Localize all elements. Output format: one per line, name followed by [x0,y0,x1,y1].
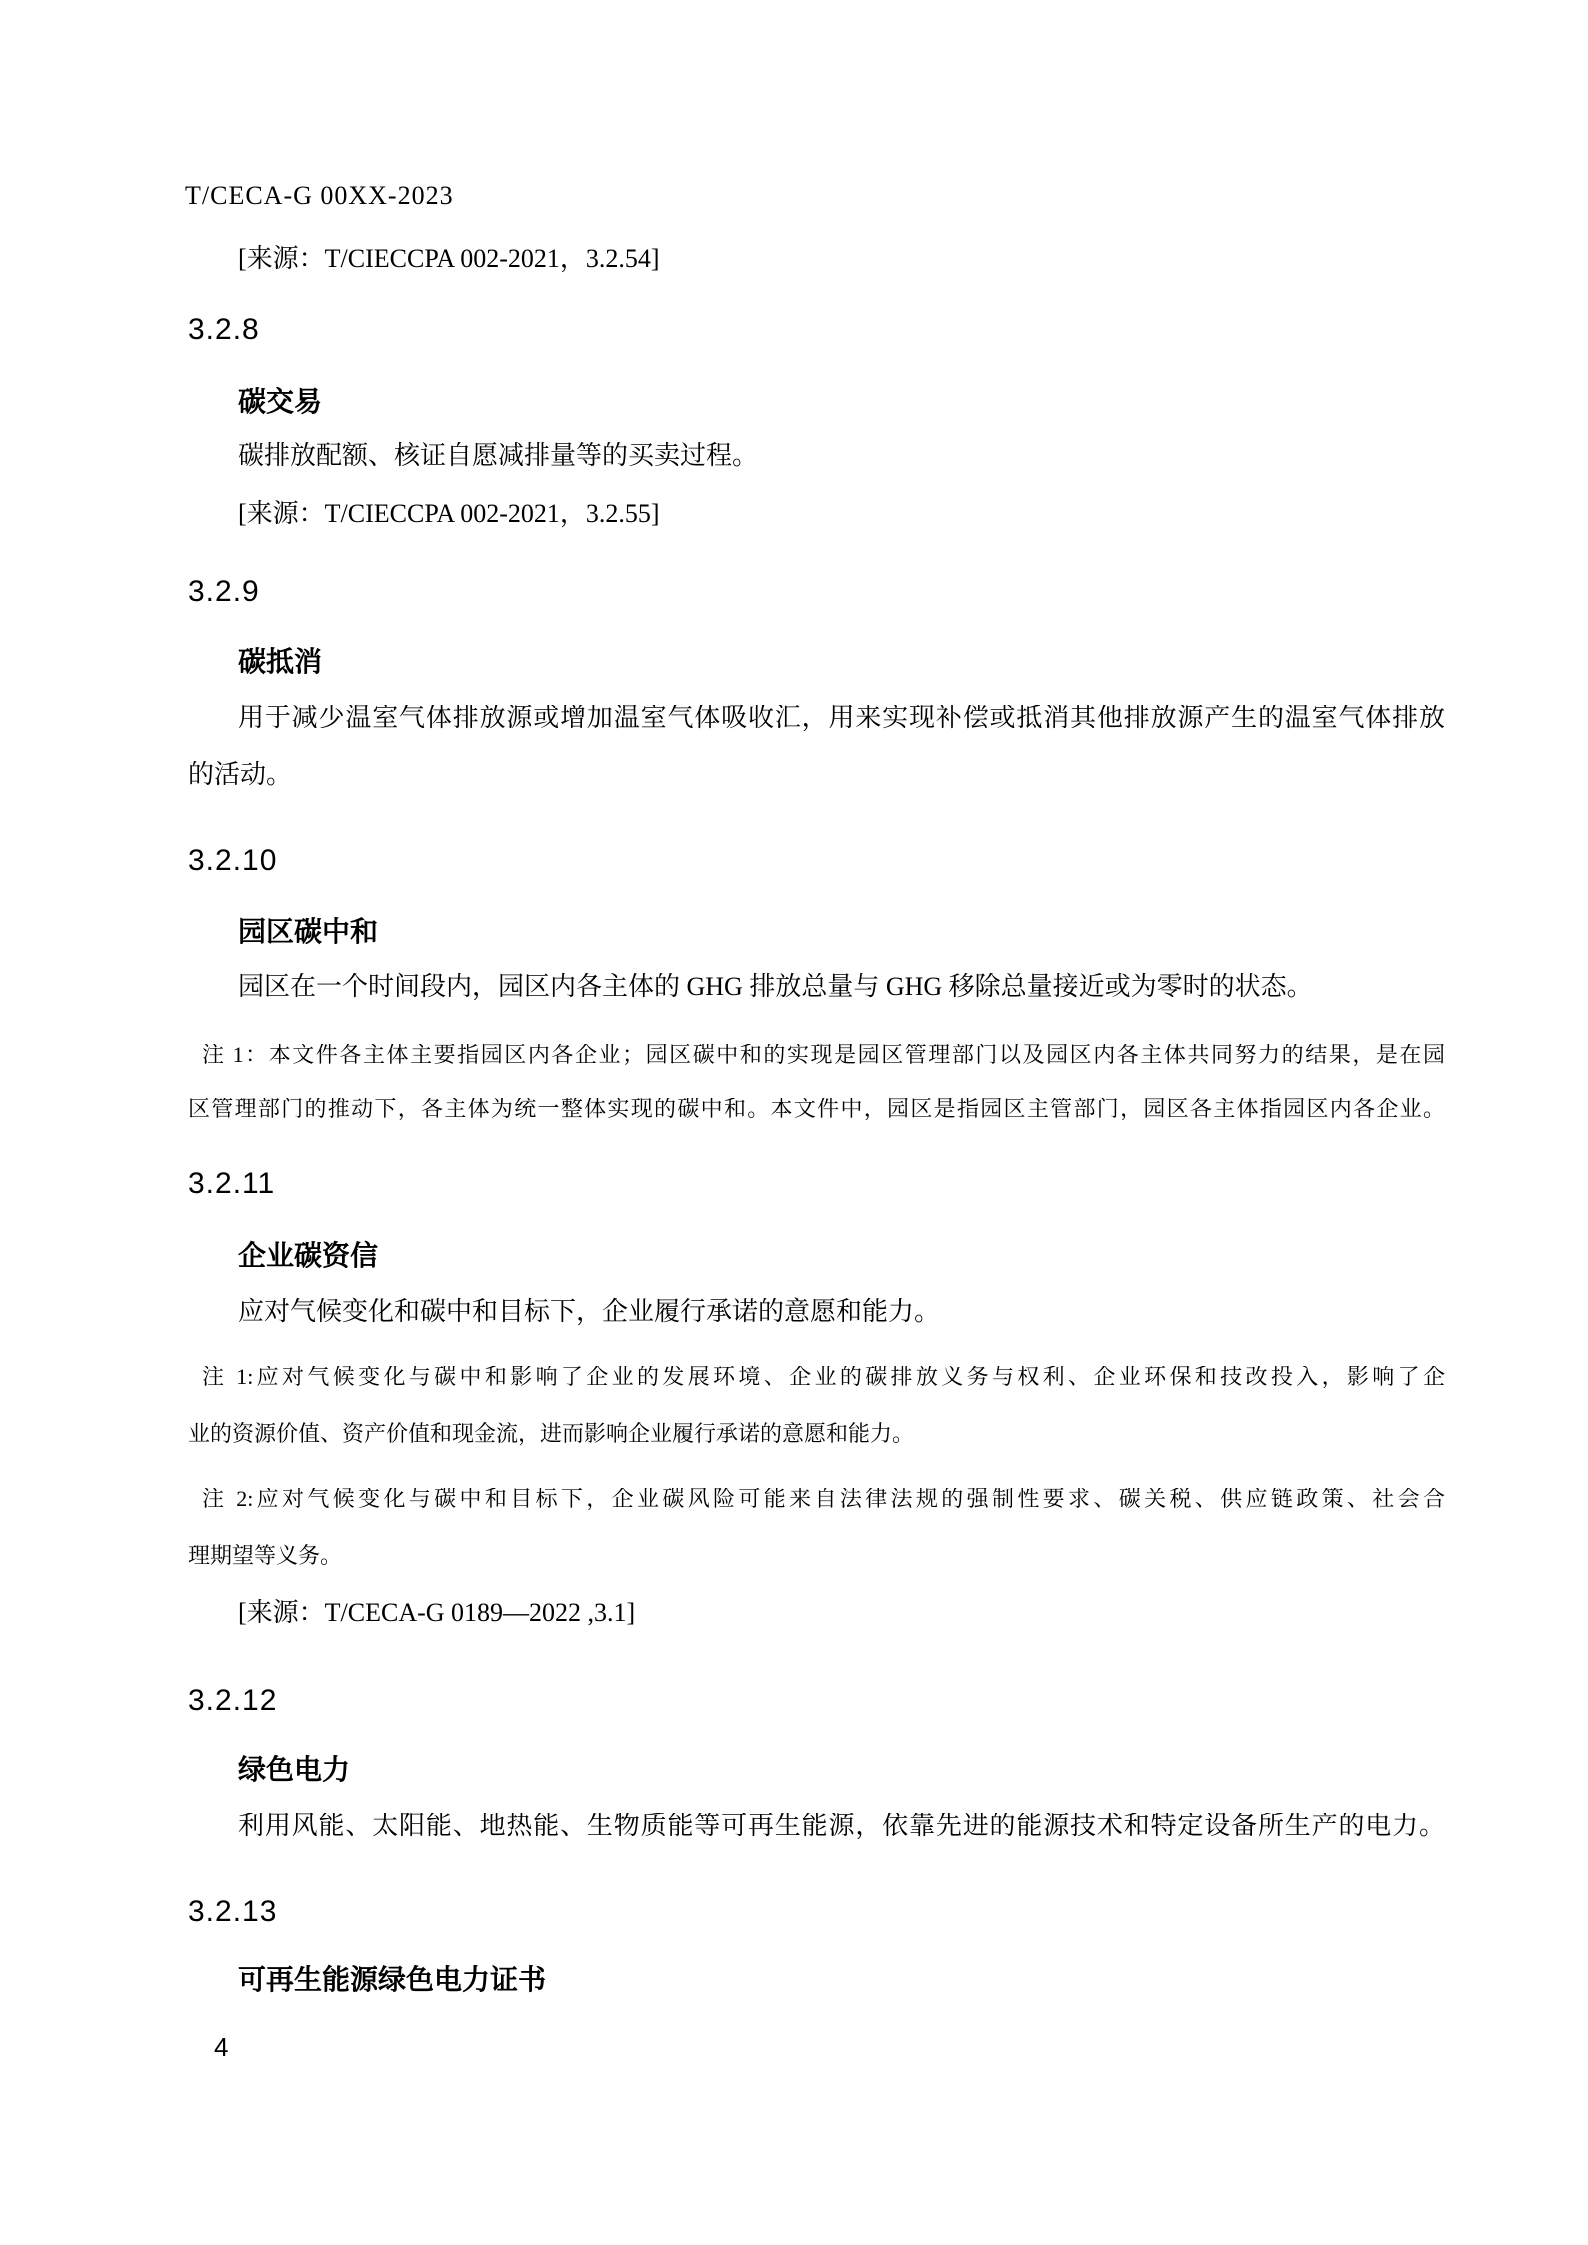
note-text: 理期望等义务。 [188,1545,342,1567]
section-number: 3.2.11 [188,1169,275,1199]
note-text: 业的资源价值、资产价值和现金流，进而影响企业履行承诺的意愿和能力。 [188,1423,914,1445]
term-title: 绿色电力 [238,1756,350,1784]
definition-text: 的活动。 [188,762,292,788]
section-number: 3.2.12 [188,1686,277,1716]
doc-code-header: T/CECA-G 00XX-2023 [185,183,454,209]
section-number: 3.2.9 [188,577,260,607]
source-reference: [来源：T/CECA-G 0189—2022 ,3.1] [238,1600,635,1626]
term-title: 企业碳资信 [238,1242,378,1270]
definition-text: 利用风能、太阳能、地热能、生物质能等可再生能源，依靠先进的能源技术和特定设备所生… [238,1813,1445,1839]
definition-text: 碳排放配额、核证自愿减排量等的买卖过程。 [238,443,758,469]
document-page: T/CECA-G 00XX-2023 [来源：T/CIECCPA 002-202… [0,0,1588,2245]
source-reference: [来源：T/CIECCPA 002-2021，3.2.54] [238,246,660,272]
section-number: 3.2.8 [188,315,260,345]
definition-text: 应对气候变化和碳中和目标下，企业履行承诺的意愿和能力。 [238,1299,940,1325]
term-title: 碳抵消 [238,648,322,676]
term-title: 可再生能源绿色电力证书 [238,1966,546,1994]
term-title: 园区碳中和 [238,918,378,946]
source-reference: [来源：T/CIECCPA 002-2021，3.2.55] [238,501,660,527]
section-number: 3.2.13 [188,1897,277,1927]
note-text: 注 1：本文件各主体主要指园区内各企业；园区碳中和的实现是园区管理部门以及园区内… [202,1044,1445,1066]
page-number: 4 [214,2034,228,2060]
note-text: 区管理部门的推动下，各主体为统一整体实现的碳中和。本文件中，园区是指园区主管部门… [188,1098,1445,1120]
section-number: 3.2.10 [188,846,277,876]
definition-text: 园区在一个时间段内，园区内各主体的 GHG 排放总量与 GHG 移除总量接近或为… [238,974,1313,1000]
note-text: 注 2:应对气候变化与碳中和目标下，企业碳风险可能来自法律法规的强制性要求、碳关… [202,1488,1445,1510]
note-text: 注 1:应对气候变化与碳中和影响了企业的发展环境、企业的碳排放义务与权利、企业环… [202,1366,1445,1388]
term-title: 碳交易 [238,388,322,416]
definition-text: 用于减少温室气体排放源或增加温室气体吸收汇，用来实现补偿或抵消其他排放源产生的温… [238,705,1445,731]
